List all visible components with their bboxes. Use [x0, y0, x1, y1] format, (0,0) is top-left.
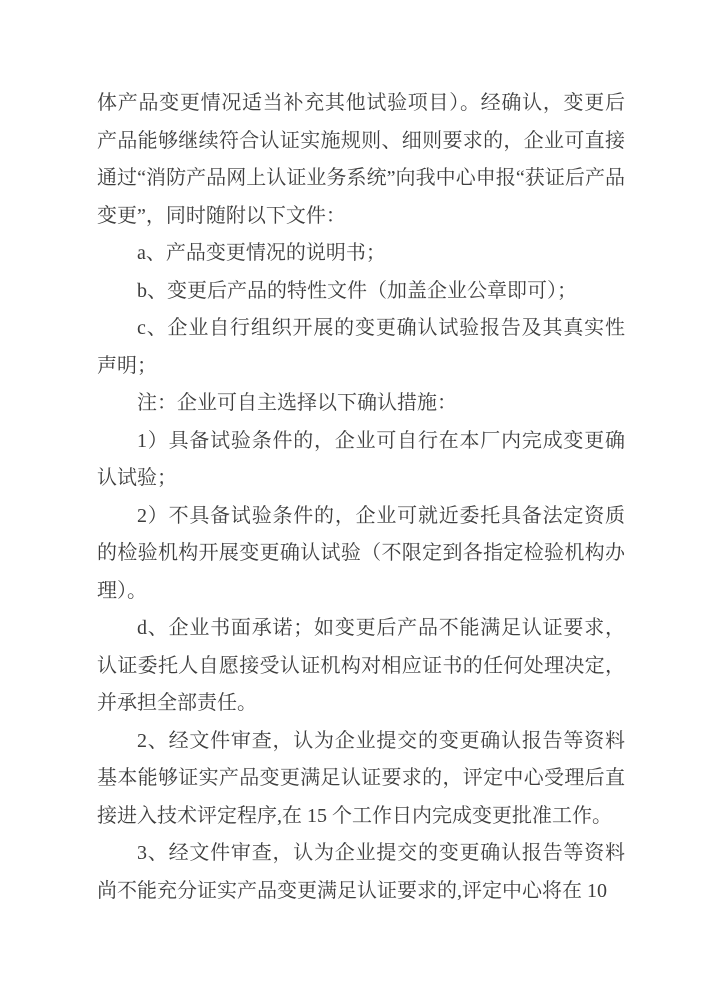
paragraph: 体产品变更情况适当补充其他试验项目）。经确认，变更后产品能够继续符合认证实施规则…: [97, 85, 625, 235]
paragraph: c、企业自行组织开展的变更确认试验报告及其真实性声明；: [97, 310, 625, 385]
paragraph: a、产品变更情况的说明书；: [97, 235, 625, 273]
paragraph: b、变更后产品的特性文件（加盖企业公章即可）；: [97, 273, 625, 311]
document-body: 体产品变更情况适当补充其他试验项目）。经确认，变更后产品能够继续符合认证实施规则…: [97, 85, 625, 910]
paragraph: d、企业书面承诺；如变更后产品不能满足认证要求，认证委托人自愿接受认证机构对相应…: [97, 610, 625, 723]
paragraph: 1）具备试验条件的，企业可自行在本厂内完成变更确认试验；: [97, 423, 625, 498]
paragraph: 3、经文件审查，认为企业提交的变更确认报告等资料尚不能充分证实产品变更满足认证要…: [97, 835, 625, 910]
paragraph: 注：企业可自主选择以下确认措施：: [97, 385, 625, 423]
paragraph: 2、经文件审查，认为企业提交的变更确认报告等资料基本能够证实产品变更满足认证要求…: [97, 723, 625, 836]
paragraph: 2）不具备试验条件的，企业可就近委托具备法定资质的检验机构开展变更确认试验（不限…: [97, 498, 625, 611]
document-page: 体产品变更情况适当补充其他试验项目）。经确认，变更后产品能够继续符合认证实施规则…: [0, 0, 707, 1000]
